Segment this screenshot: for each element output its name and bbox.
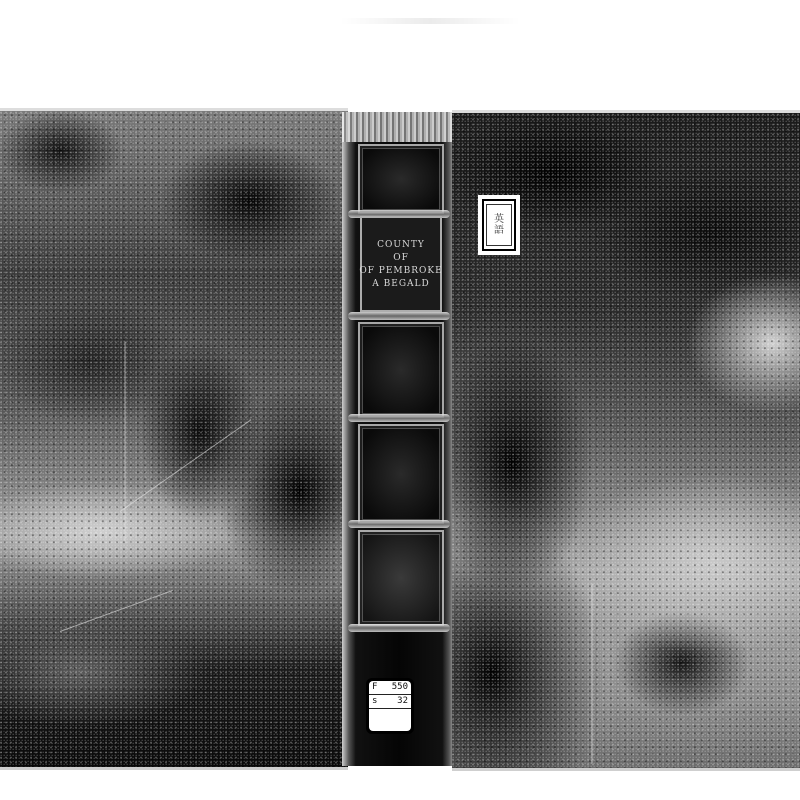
raised-band [348,520,450,528]
call-number-row: s 32 [369,695,411,709]
call-number-prefix: s [372,695,377,708]
faint-scan-mark [340,18,520,24]
call-number-row: F 550 [369,681,411,695]
cover-subject-label: 英 語 [478,195,520,255]
scratch-mark [592,584,593,764]
call-number-row-blank [369,709,411,731]
call-number-prefix: F [372,681,377,694]
back-cover [0,108,348,770]
spine-headcap [342,112,456,142]
cover-label-char: 英 [494,214,504,225]
raised-band [348,414,450,422]
spine-panel [358,424,444,524]
raised-band [348,624,450,632]
spine-title-line: COUNTY [377,240,425,250]
spine-title-line: OF PEMBROKE [359,266,442,276]
library-call-number-label: F 550 s 32 [366,678,414,734]
raised-band [348,312,450,320]
spine-panel [358,144,444,214]
call-number-value: 550 [392,681,408,694]
spine-title-line: OF [393,253,409,263]
book-spine: COUNTY OF OF PEMBROKE A BEGALD F 550 s 3… [342,112,456,766]
scratch-mark [125,342,126,542]
spine-title-label: COUNTY OF OF PEMBROKE A BEGALD [360,216,442,312]
scanned-book-image: COUNTY OF OF PEMBROKE A BEGALD F 550 s 3… [0,0,800,800]
spine-panel [358,530,444,626]
cover-texture [0,111,348,767]
spine-panel [358,322,444,418]
call-number-value: 32 [397,695,408,708]
cover-label-char: 語 [494,225,504,236]
spine-title-line: A BEGALD [372,279,429,289]
